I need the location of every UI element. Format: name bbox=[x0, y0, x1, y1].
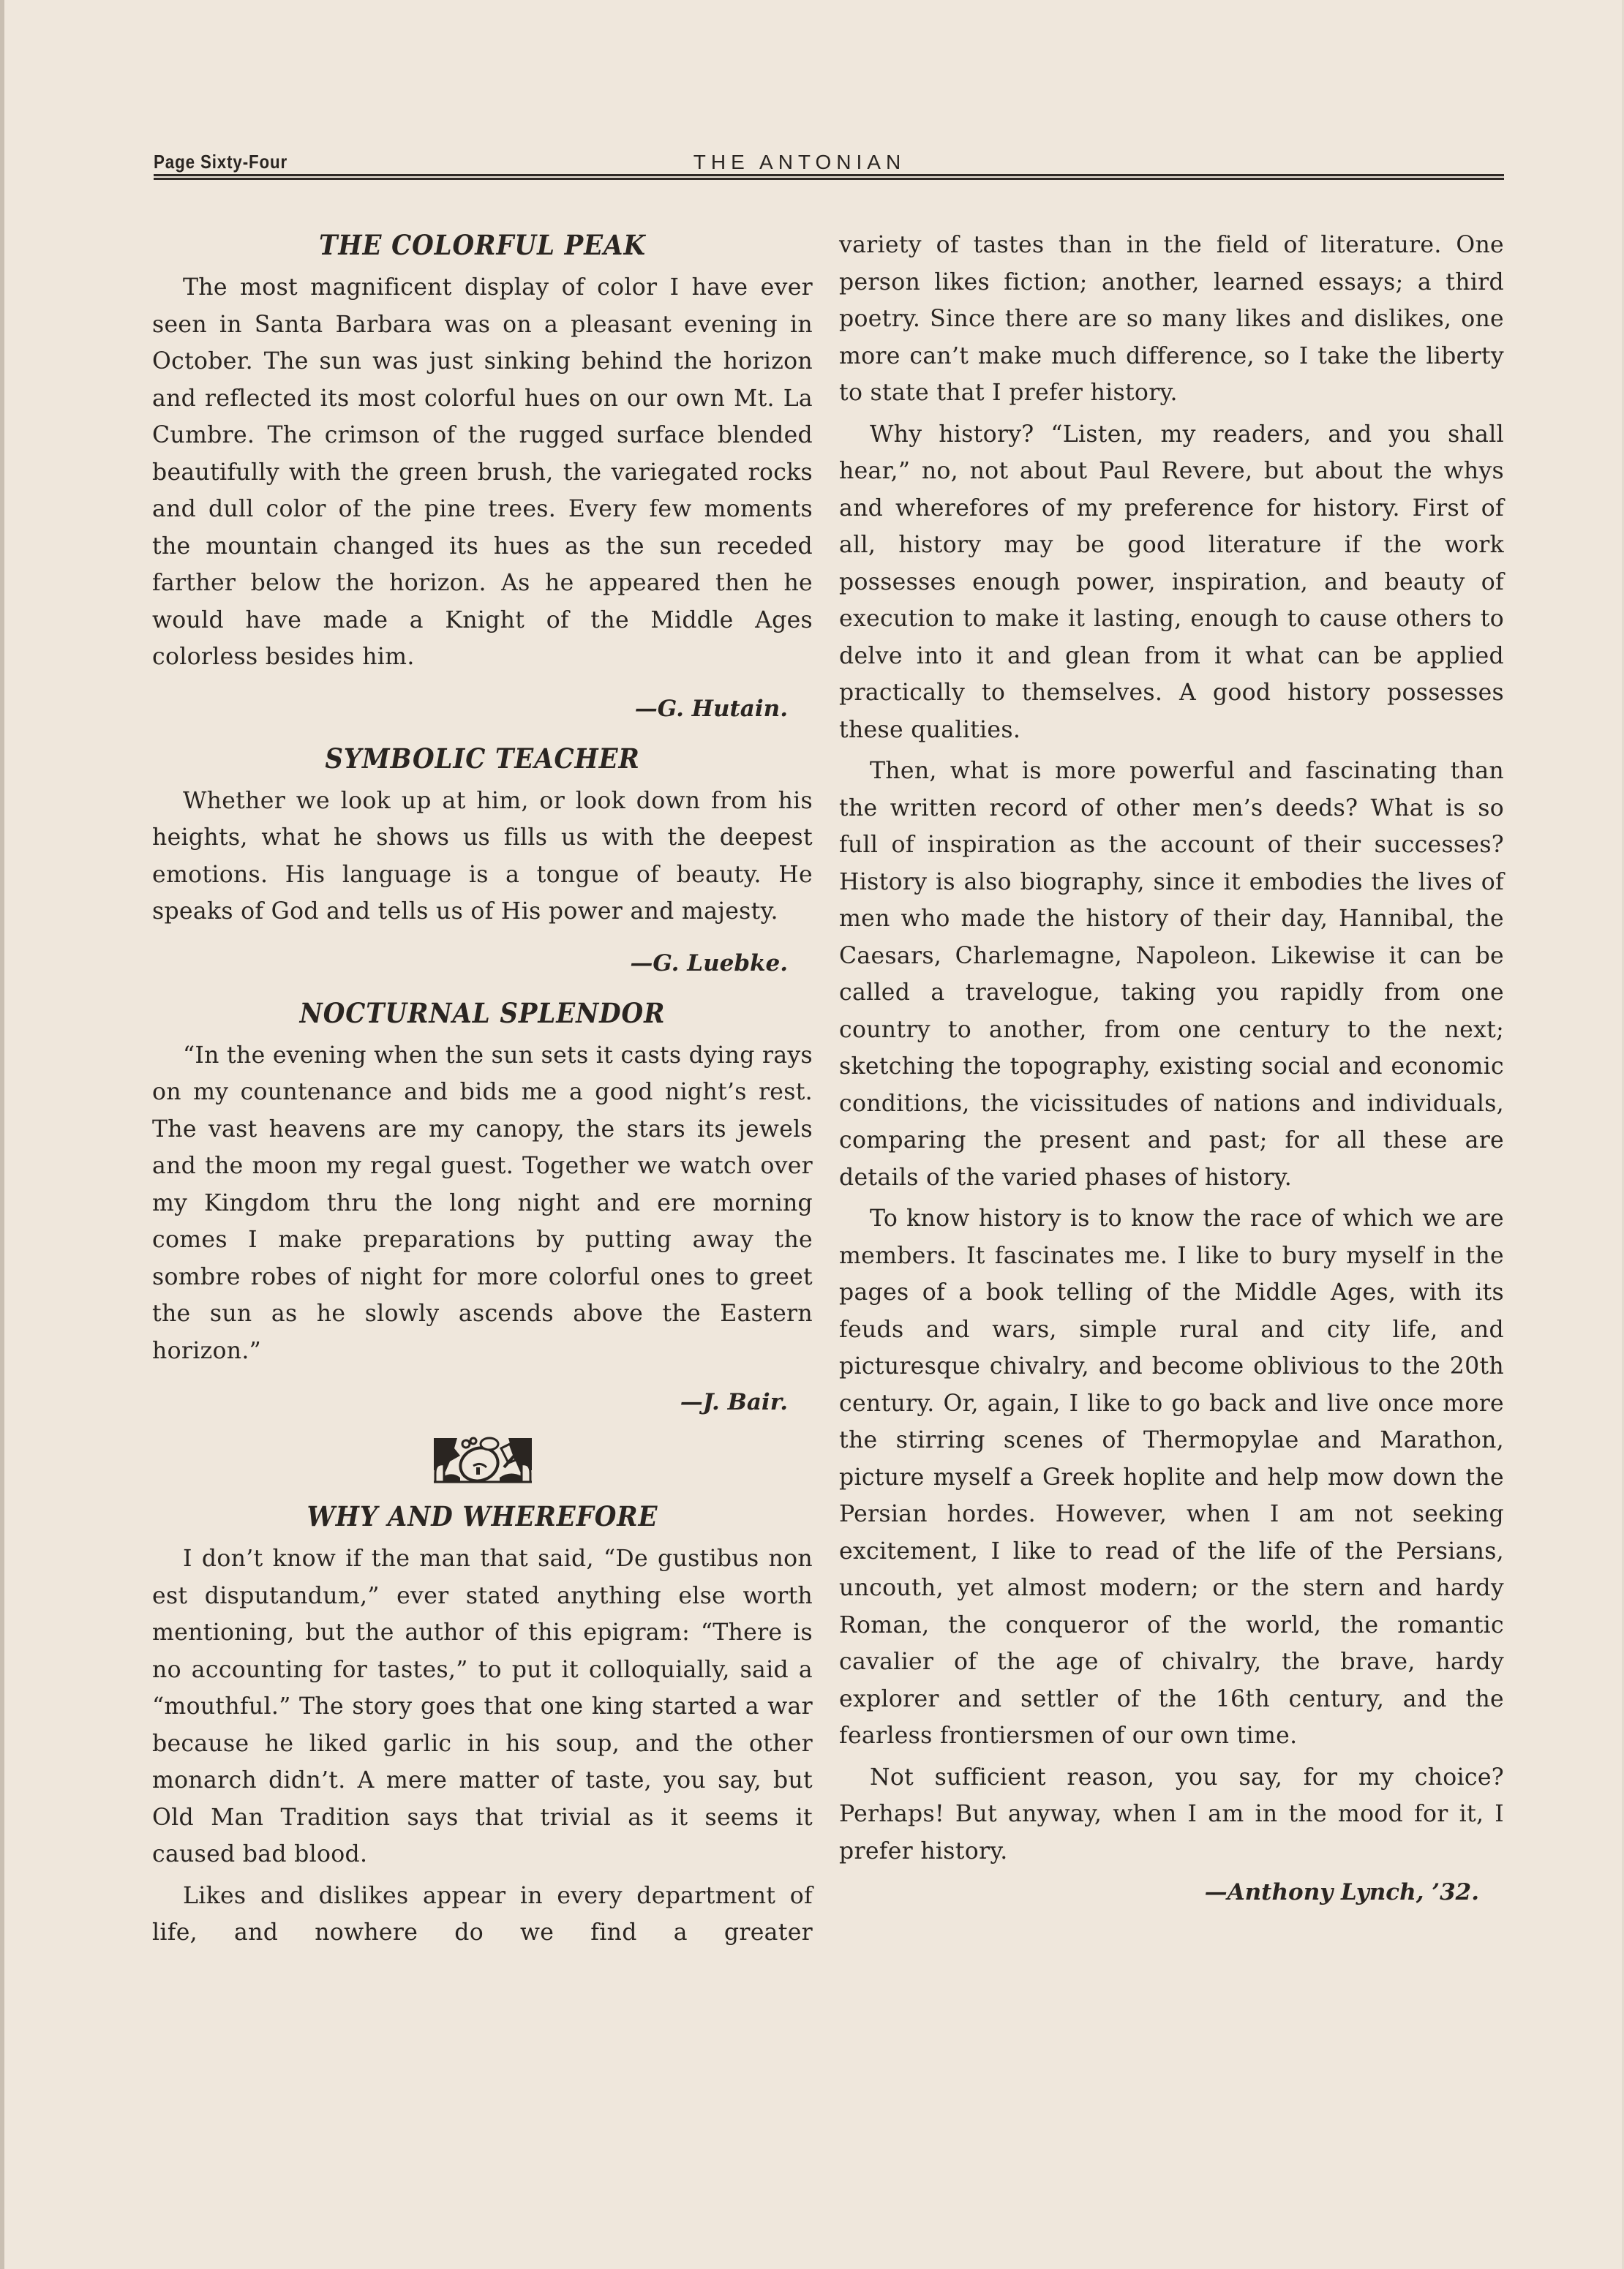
article-paragraph: Not sufficient reason, you say, for my c… bbox=[839, 1759, 1504, 1870]
article-paragraph: Whether we look up at him, or look down … bbox=[152, 783, 813, 930]
article-paragraph: Then, what is more powerful and fascinat… bbox=[839, 753, 1504, 1196]
article-title: SYMBOLIC TEACHER bbox=[178, 740, 786, 777]
article-byline: —G. Hutain. bbox=[152, 691, 788, 727]
header-double-rule bbox=[154, 174, 1504, 180]
article-byline: —G. Luebke. bbox=[152, 945, 788, 982]
article-title: NOCTURNAL SPLENDOR bbox=[178, 995, 786, 1031]
page-binding-edge bbox=[0, 0, 4, 2269]
magazine-title: THE ANTONIAN bbox=[124, 151, 1475, 174]
article-symbolic-teacher: SYMBOLIC TEACHER Whether we look up at h… bbox=[152, 740, 813, 982]
decorative-vignette-icon bbox=[428, 1434, 538, 1485]
running-header: Page Sixty-Four THE ANTONIAN bbox=[154, 151, 1504, 183]
article-paragraph-continued: variety of tastes than in the field of l… bbox=[839, 227, 1504, 412]
article-nocturnal-splendor: NOCTURNAL SPLENDOR “In the evening when … bbox=[152, 995, 813, 1421]
article-why-and-wherefore: WHY AND WHEREFORE I don’t know if the ma… bbox=[152, 1498, 813, 1952]
article-paragraph: Why history? “Listen, my readers, and yo… bbox=[839, 416, 1504, 749]
article-paragraph: The most magnificent display of color I … bbox=[152, 269, 813, 676]
article-paragraph: I don’t know if the man that said, “De g… bbox=[152, 1540, 813, 1873]
article-title: WHY AND WHEREFORE bbox=[178, 1498, 786, 1535]
article-title: THE COLORFUL PEAK bbox=[178, 227, 786, 263]
article-byline: —J. Bair. bbox=[152, 1384, 788, 1421]
left-column: THE COLORFUL PEAK The most magnificent d… bbox=[152, 227, 813, 1952]
article-colorful-peak: THE COLORFUL PEAK The most magnificent d… bbox=[152, 227, 813, 727]
article-byline: —Anthony Lynch, ’32. bbox=[839, 1874, 1479, 1911]
article-paragraph: “In the evening when the sun sets it cas… bbox=[152, 1037, 813, 1370]
article-paragraph: To know history is to know the race of w… bbox=[839, 1200, 1504, 1755]
article-paragraph: Likes and dislikes appear in every depar… bbox=[152, 1878, 813, 1952]
right-column: variety of tastes than in the field of l… bbox=[839, 227, 1504, 1924]
